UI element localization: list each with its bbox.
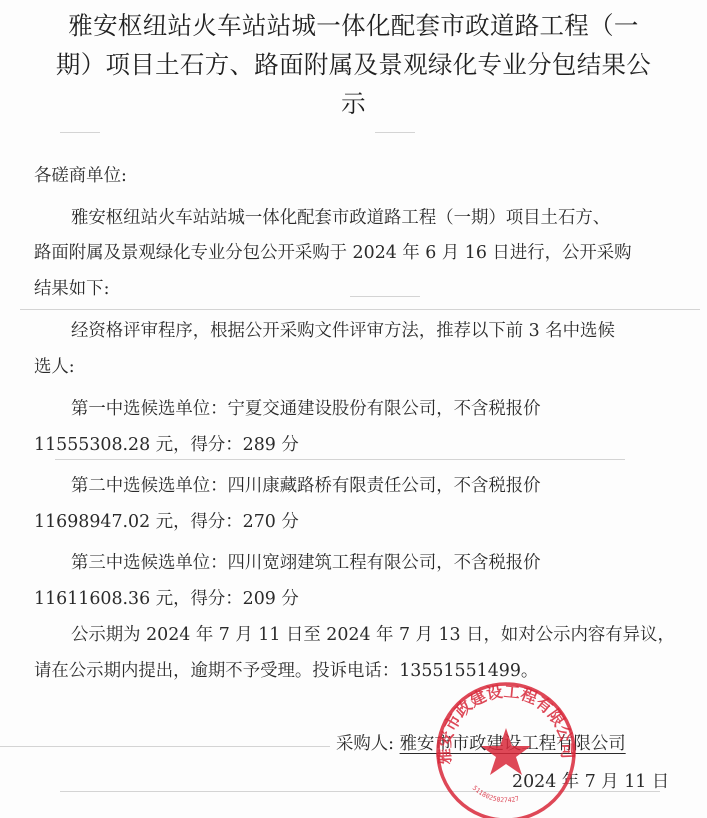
scan-artifact-line <box>0 746 330 747</box>
candidate-3-line-2: 11611608.36 元，得分：209 分 <box>34 588 299 610</box>
intro-line-1: 雅安枢纽站火车站站城一体化配套市政道路工程（一期）项目土石方、 <box>71 207 610 229</box>
purchaser-line: 采购人: 雅安市市政建设工程有限公司 <box>336 733 626 755</box>
scan-artifact-line <box>60 132 100 133</box>
candidate-1-line-1: 第一中选候选单位：宁夏交通建设股份有限公司，不含税报价 <box>71 398 541 420</box>
scan-artifact-line <box>375 132 415 133</box>
salutation: 各磋商单位: <box>34 165 127 187</box>
title-line-3: 示 <box>20 84 687 123</box>
scan-artifact-line <box>20 309 700 310</box>
title-line-1: 雅安枢纽站火车站站城一体化配套市政道路工程（一 <box>20 6 687 45</box>
purchaser-name: 雅安市市政建设工程有限公司 <box>400 734 626 754</box>
document-page: 雅安枢纽站火车站站城一体化配套市政道路工程（一 期）项目土石方、路面附属及景观绿… <box>0 0 707 818</box>
scan-artifact-line <box>55 459 625 460</box>
review-line-1: 经资格评审程序，根据公开采购文件评审方法，推荐以下前 3 名中选候 <box>71 320 615 342</box>
purchaser-label: 采购人: <box>336 734 394 754</box>
notice-line-2: 请在公示期内提出，逾期不予受理。投诉电话：13551551499。 <box>34 660 538 682</box>
scan-artifact-line <box>350 296 420 297</box>
candidate-3-line-1: 第三中选候选单位：四川宽翊建筑工程有限公司，不含税报价 <box>71 552 541 574</box>
document-date: 2024 年 7 月 11 日 <box>512 771 669 793</box>
candidate-2-line-2: 11698947.02 元，得分：270 分 <box>34 511 299 533</box>
intro-line-3: 结果如下: <box>34 278 109 300</box>
intro-line-2: 路面附属及景观绿化专业分包公开采购于 2024 年 6 月 16 日进行，公开采… <box>34 242 632 264</box>
review-line-2: 选人: <box>34 356 75 378</box>
notice-line-1: 公示期为 2024 年 7 月 11 日至 2024 年 7 月 13 日，如对… <box>71 624 675 646</box>
document-title: 雅安枢纽站火车站站城一体化配套市政道路工程（一 期）项目土石方、路面附属及景观绿… <box>20 6 687 123</box>
candidate-1-line-2: 11555308.28 元，得分：289 分 <box>34 434 299 456</box>
candidate-2-line-1: 第二中选候选单位：四川康藏路桥有限责任公司，不含税报价 <box>71 475 541 497</box>
title-line-2: 期）项目土石方、路面附属及景观绿化专业分包结果公 <box>20 45 687 84</box>
